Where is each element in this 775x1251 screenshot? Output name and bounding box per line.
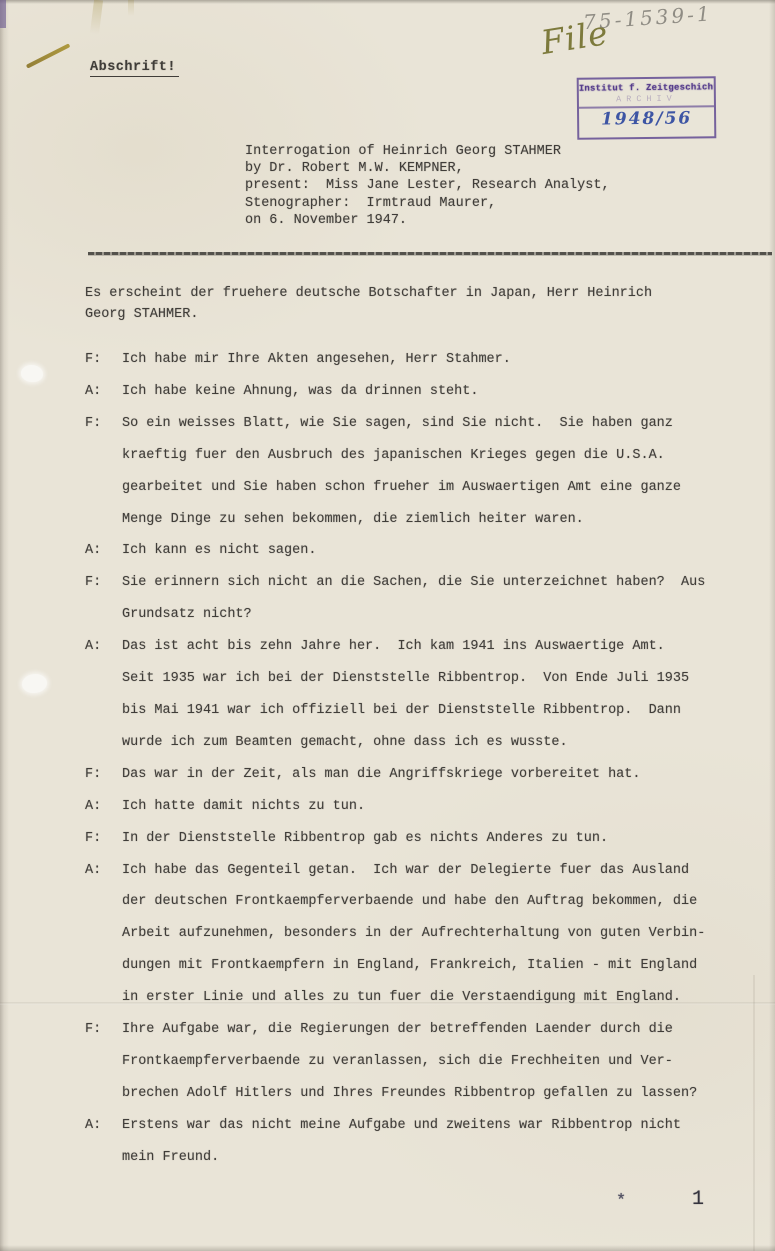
dialogue-line: Ich habe das Gegenteil getan. Ich war de… [122, 855, 705, 887]
dialogue-line: dungen mit Frontkaempfern in England, Fr… [122, 950, 705, 982]
file-annotation: File [538, 13, 611, 62]
paper-stain [90, 0, 103, 34]
edge-crease [753, 975, 755, 1251]
speaker-label: F: [85, 567, 122, 631]
dialogue-line: Seit 1935 war ich bei der Dienststelle R… [122, 663, 689, 695]
dialogue-lines: Das ist acht bis zehn Jahre her. Ich kam… [122, 631, 689, 759]
dialogue-entry: F:Das war in der Zeit, als man die Angri… [85, 759, 705, 791]
dialogue-entry: F:In der Dienststelle Ribbentrop gab es … [85, 823, 705, 855]
speaker-label: A: [85, 1110, 122, 1174]
dialogue-line: Grundsatz nicht? [122, 599, 705, 631]
intro-line: Es erscheint der fruehere deutsche Botsc… [85, 284, 652, 305]
paper-fleck [21, 365, 43, 382]
header-line: Interrogation of Heinrich Georg STAHMER [245, 143, 610, 160]
intro-paragraph: Es erscheint der fruehere deutsche Botsc… [85, 284, 652, 325]
stamp-number: 1948/56 [579, 108, 714, 129]
intro-line: Georg STAHMER. [85, 305, 652, 326]
dialogue-entry: F:Ihre Aufgabe war, die Regierungen der … [85, 1014, 705, 1110]
dialogue-line: In der Dienststelle Ribbentrop gab es ni… [122, 823, 608, 855]
header-line: Stenographer: Irmtraud Maurer, [245, 195, 610, 212]
header-line: on 6. November 1947. [245, 212, 610, 229]
dialogue-line: Erstens war das nicht meine Aufgabe und … [122, 1110, 681, 1142]
speaker-label: F: [85, 759, 122, 791]
dialogue-line: Ich hatte damit nichts zu tun. [122, 791, 365, 823]
dialogue-line: mein Freund. [122, 1142, 681, 1174]
speaker-label: A: [85, 791, 122, 823]
abschrift-label: Abschrift! [90, 60, 179, 77]
dialogue-lines: Das war in der Zeit, als man die Angriff… [122, 759, 640, 791]
dialogue-line: wurde ich zum Beamten gemacht, ohne dass… [122, 727, 689, 759]
dialogue-entry: A:Das ist acht bis zehn Jahre her. Ich k… [85, 631, 705, 759]
fold-crease [0, 1002, 775, 1005]
dialogue-line: Ich habe keine Ahnung, was da drinnen st… [122, 376, 478, 408]
stamp-institution: Institut f. Zeitgeschichte [579, 82, 714, 93]
document-page: 75-1539-1 File Abschrift! Institut f. Ze… [0, 0, 775, 1251]
separator-line [88, 252, 772, 255]
pen-stroke-mark [26, 43, 70, 68]
dialogue-entry: F:Ich habe mir Ihre Akten angesehen, Her… [85, 344, 705, 376]
dialogue-line: So ein weisses Blatt, wie Sie sagen, sin… [122, 408, 681, 440]
paper-stain [128, 0, 134, 16]
dialogue: F:Ich habe mir Ihre Akten angesehen, Her… [85, 344, 705, 1174]
dialogue-line: kraeftig fuer den Ausbruch des japanisch… [122, 440, 681, 472]
dialogue-line: Frontkaempferverbaende zu veranlassen, s… [122, 1046, 697, 1078]
dialogue-lines: Ich habe keine Ahnung, was da drinnen st… [122, 376, 478, 408]
speaker-label: F: [85, 408, 122, 536]
dialogue-lines: Ich habe mir Ihre Akten angesehen, Herr … [122, 344, 511, 376]
dialogue-lines: Ich hatte damit nichts zu tun. [122, 791, 365, 823]
page-number: 1 [692, 1188, 704, 1211]
speaker-label: F: [85, 823, 122, 855]
dialogue-line: bis Mai 1941 war ich offiziell bei der D… [122, 695, 689, 727]
header-line: by Dr. Robert M.W. KEMPNER, [245, 160, 610, 177]
dialogue-line: Ihre Aufgabe war, die Regierungen der be… [122, 1014, 697, 1046]
dialogue-line: gearbeitet und Sie haben schon frueher i… [122, 472, 681, 504]
dialogue-entry: F:So ein weisses Blatt, wie Sie sagen, s… [85, 408, 705, 536]
dialogue-entry: A:Ich hatte damit nichts zu tun. [85, 791, 705, 823]
paper-fleck [22, 674, 47, 693]
dialogue-lines: Ich kann es nicht sagen. [122, 535, 316, 567]
dialogue-lines: Erstens war das nicht meine Aufgabe und … [122, 1110, 681, 1174]
dialogue-lines: So ein weisses Blatt, wie Sie sagen, sin… [122, 408, 681, 536]
dialogue-entry: A:Ich kann es nicht sagen. [85, 535, 705, 567]
speaker-label: A: [85, 855, 122, 1015]
header-block: Interrogation of Heinrich Georg STAHMERb… [245, 143, 610, 229]
dialogue-line: Ich kann es nicht sagen. [122, 535, 316, 567]
speaker-label: F: [85, 344, 122, 376]
scan-corner-mark [0, 0, 6, 28]
dialogue-line: der deutschen Frontkaempferverbaende und… [122, 886, 705, 918]
dialogue-line: Das war in der Zeit, als man die Angriff… [122, 759, 640, 791]
speaker-label: A: [85, 631, 122, 759]
dialogue-line: Das ist acht bis zehn Jahre her. Ich kam… [122, 631, 689, 663]
speaker-label: A: [85, 376, 122, 408]
dialogue-entry: A:Ich habe keine Ahnung, was da drinnen … [85, 376, 705, 408]
dialogue-lines: Ich habe das Gegenteil getan. Ich war de… [122, 855, 705, 1015]
stamp-department: ARCHIV [579, 93, 714, 104]
dialogue-entry: F:Sie erinnern sich nicht an die Sachen,… [85, 567, 705, 631]
archive-stamp: Institut f. Zeitgeschichte ARCHIV 1948/5… [577, 76, 717, 139]
dialogue-line: Arbeit aufzunehmen, besonders in der Auf… [122, 918, 705, 950]
dialogue-line: Ich habe mir Ihre Akten angesehen, Herr … [122, 344, 511, 376]
dialogue-lines: Ihre Aufgabe war, die Regierungen der be… [122, 1014, 697, 1110]
dialogue-lines: In der Dienststelle Ribbentrop gab es ni… [122, 823, 608, 855]
header-line: present: Miss Jane Lester, Research Anal… [245, 177, 610, 194]
dialogue-line: brechen Adolf Hitlers und Ihres Freundes… [122, 1078, 697, 1110]
dialogue-line: Menge Dinge zu sehen bekommen, die zieml… [122, 504, 681, 536]
speaker-label: F: [85, 1014, 122, 1110]
dialogue-line: in erster Linie und alles zu tun fuer di… [122, 982, 705, 1014]
dialogue-line: Sie erinnern sich nicht an die Sachen, d… [122, 567, 705, 599]
dialogue-entry: A:Ich habe das Gegenteil getan. Ich war … [85, 855, 705, 1015]
speaker-label: A: [85, 535, 122, 567]
dialogue-lines: Sie erinnern sich nicht an die Sachen, d… [122, 567, 705, 631]
pencil-annotation: 75-1539-1 [582, 0, 763, 34]
ink-smudge: * [616, 1192, 626, 1211]
dialogue-entry: A:Erstens war das nicht meine Aufgabe un… [85, 1110, 705, 1174]
